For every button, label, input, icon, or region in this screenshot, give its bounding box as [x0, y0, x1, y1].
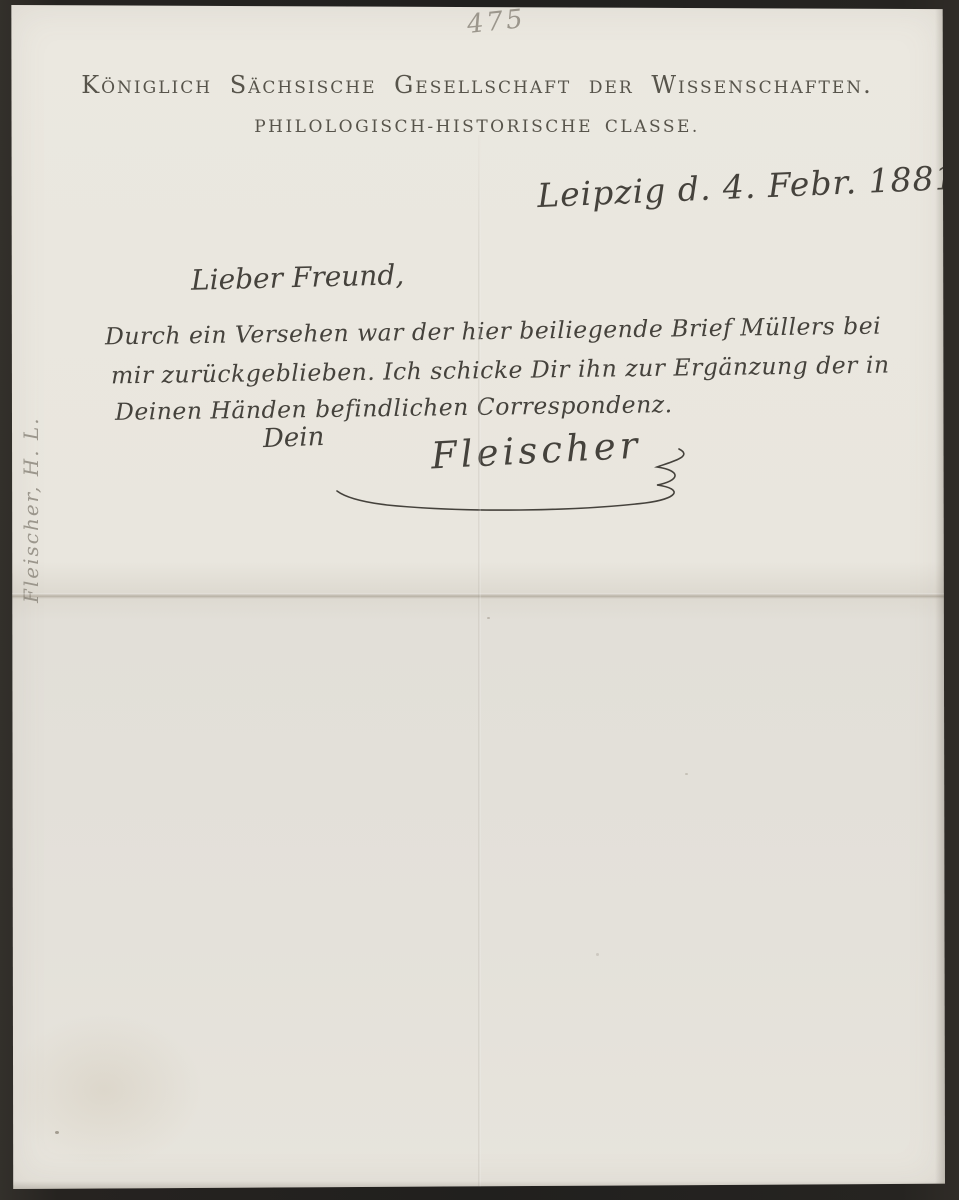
paper-speck [487, 617, 490, 619]
body-line: Deinen Händen befindlichen Correspondenz… [115, 390, 673, 426]
letter-page: Königlich Sächsische Gesellschaft der Wi… [9, 5, 945, 1189]
closing: Dein [262, 422, 324, 454]
paper-speck [596, 953, 599, 956]
body-line: mir zurückgeblieben. Ich schicke Dir ihn… [111, 351, 890, 390]
paper-speck [55, 1131, 59, 1134]
vertical-fold-crease [478, 135, 481, 1189]
margin-note-pencil: Fleischer, H. L. [19, 416, 43, 603]
archival-number-pencil: 475 [466, 4, 527, 40]
dateline-handwritten: Leipzig d. 4. Febr. 1881 [536, 158, 957, 215]
paper-speck [685, 773, 688, 775]
salutation: Lieber Freund, [191, 258, 405, 297]
body-line: Durch ein Versehen war der hier beiliege… [105, 312, 882, 351]
letterhead-class-name: Philologisch-historische Classe. [9, 117, 945, 137]
vertical-fold-fade [478, 135, 481, 255]
letterhead-society-name: Königlich Sächsische Gesellschaft der Wi… [9, 71, 945, 99]
signature-flourish [327, 447, 697, 525]
horizontal-fold-crease [9, 593, 945, 599]
